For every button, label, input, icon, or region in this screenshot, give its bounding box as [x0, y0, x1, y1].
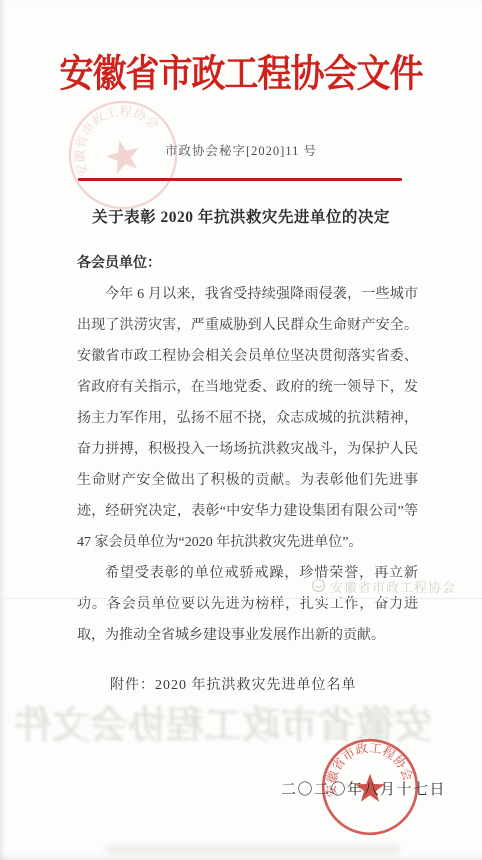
seal-arc-text: 安徽省市政工程协会 [61, 94, 171, 179]
bottom-bleed-smudge [105, 845, 400, 854]
body-paragraph: 今年 6 月以来，我省受持续强降雨侵袭，一些城市出现了洪涝灾害，严重威胁到人民群… [77, 279, 418, 558]
association-watermark: 安徽省市政工程协会 [311, 577, 456, 596]
signature-date: 二〇二〇年八月十七日 [281, 778, 446, 799]
attachment-line: 附件：2020 年抗洪救灾先进单位名单 [110, 674, 357, 694]
svg-text:安徽省市政工程协会: 安徽省市政工程协会 [61, 94, 171, 179]
association-logo-icon [311, 578, 326, 596]
document-number: 市政协会秘字[2020]11 号 [0, 141, 482, 159]
fold-line [0, 598, 482, 599]
scanned-official-document: 安徽省市政工程协会 安徽省市政工程协会文件 市政协会秘字[2020]11 号 关… [0, 0, 482, 860]
watermark-label: 安徽省市政工程协会 [330, 577, 456, 596]
salutation: 各会员单位： [77, 248, 418, 279]
masthead-title: 安徽省市政工程协会文件 [0, 43, 482, 98]
document-title: 关于表彰 2020 年抗洪救灾先进单位的决定 [0, 205, 482, 227]
body-paragraph: 希望受表彰的单位戒骄戒躁，珍惜荣誉，再立新功。各会员单位要以先进为榜样，扎实工作… [77, 558, 418, 651]
red-divider-rule [78, 178, 402, 181]
